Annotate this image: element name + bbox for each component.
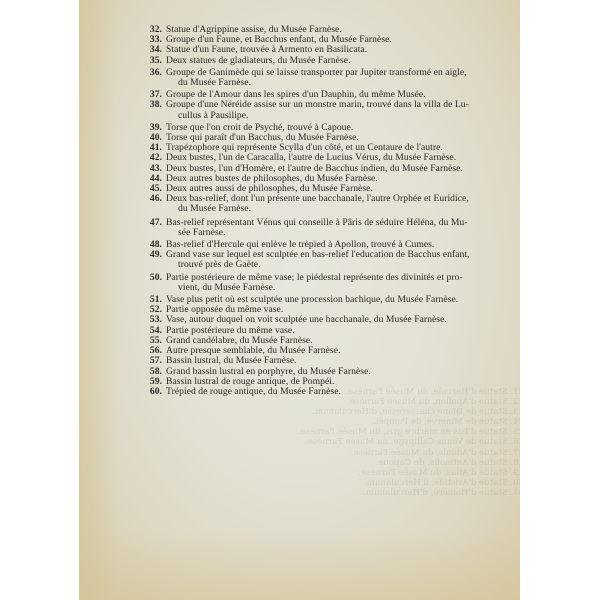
list-item: 60.Trépied de rouge antique, du Musée Fa… xyxy=(146,387,491,397)
catalogue-list: 32.Statue d'Agrippine assise, du Musée F… xyxy=(146,25,491,397)
entry-text: Grand vase sur lequel est sculptée en ba… xyxy=(166,250,491,270)
list-item: 46.Deux bas-relief, dont l'un présente u… xyxy=(146,194,491,214)
entry-number: 36. xyxy=(146,68,166,88)
entry-number: 35. xyxy=(146,56,166,66)
entry-text: Partie postérieure de même vase; le piéd… xyxy=(166,273,491,293)
entry-text: Deux bas-relief, dont l'un présente une … xyxy=(166,194,491,214)
entry-number: 46. xyxy=(146,194,166,214)
show-through-text: 21. Statue d'Hercule, du Musée Farnèse. … xyxy=(334,387,520,498)
entry-text: Groupe d'une Néréide assise sur un monst… xyxy=(166,100,491,120)
entry-number: 47. xyxy=(146,218,166,238)
entry-text: Trépied de rouge antique, du Musée Farnè… xyxy=(166,387,491,397)
entry-text: Bas-relief représentant Vénus qui consei… xyxy=(166,218,491,238)
show-through-line: 24. Statue de Minerve, de Pompéi. xyxy=(334,417,520,427)
show-through-line: 29. Statue d'Atlas, du Musée Farnèse. xyxy=(334,468,520,478)
show-through-line: 27. Statue d'Adonis, du Musée Farnèse. xyxy=(334,448,520,458)
show-through-line: 25. Statue d'Isis en marbre gris, du Mus… xyxy=(334,427,520,437)
entry-number: 60. xyxy=(146,387,166,397)
entry-number: 49. xyxy=(146,250,166,270)
entry-number: 50. xyxy=(146,273,166,293)
show-through-line: 22. Statue d'Apollon, du Musée Farnèse. xyxy=(334,397,520,407)
entry-number: 38. xyxy=(146,100,166,120)
show-through-line: 23. Statue de Diane chasseresse, d'Hercu… xyxy=(334,407,520,417)
entry-number: 57. xyxy=(146,356,166,366)
entry-text: Deux statues de gladiateurs, du Musée Fa… xyxy=(166,56,491,66)
scanned-page: 21. Statue d'Hercule, du Musée Farnèse. … xyxy=(79,0,520,600)
list-item: 38.Groupe d'une Néréide assise sur un mo… xyxy=(146,100,491,120)
show-through-line: 28. Statue d'Antinoüs, de Capoue. xyxy=(334,458,520,468)
list-item: 35.Deux statues de gladiateurs, du Musée… xyxy=(146,56,491,66)
show-through-line: 31. Statue d'Homère, d'Herculanum. xyxy=(334,488,520,498)
show-through-line: 30. Statue d'Aristide, d'Herculanum. xyxy=(334,478,520,488)
show-through-line: 26. Statue de Vénus Callipyge, du Musée … xyxy=(334,437,520,447)
list-item: 47.Bas-relief représentant Vénus qui con… xyxy=(146,218,491,238)
list-item: 49.Grand vase sur lequel est sculptée en… xyxy=(146,250,491,270)
entry-text: Groupe de Ganimède qui se laisse transpo… xyxy=(166,68,491,88)
list-item: 50.Partie postérieure de même vase; le p… xyxy=(146,273,491,293)
list-item: 36.Groupe de Ganimède qui se laisse tran… xyxy=(146,68,491,88)
